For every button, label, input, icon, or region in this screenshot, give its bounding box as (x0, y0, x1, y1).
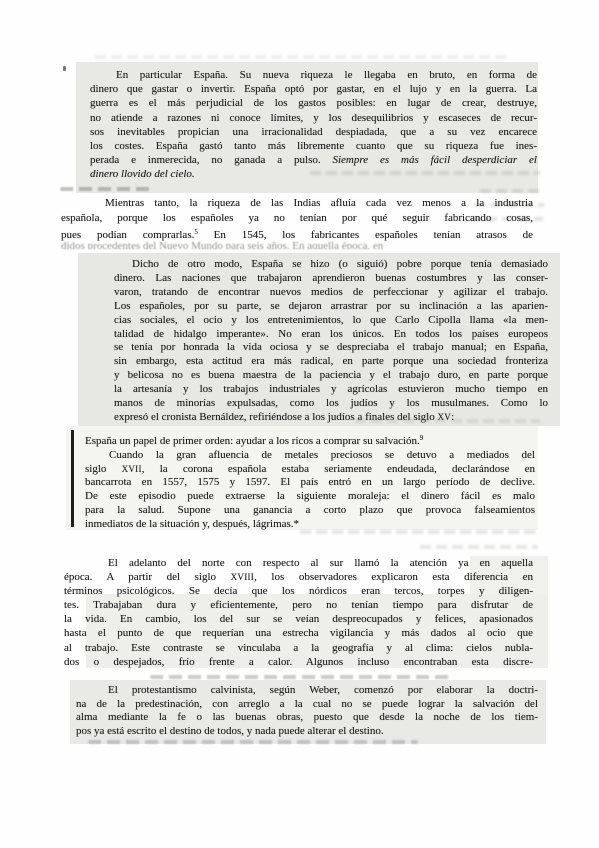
text-line: española, porque los españoles ya no ten… (61, 211, 533, 226)
text-line: época. A partir del siglo XVIII, los obs… (64, 570, 533, 584)
text-line: siglo XVII, la corona española estaba se… (85, 463, 535, 477)
text-line: y belicosa no es buena maestra de la pac… (114, 369, 548, 383)
bleed-through-smudge (300, 530, 538, 534)
text-line: alma mediante la fe o las buenas obras, … (76, 711, 538, 725)
text-line: la vida. En cambio, los del sur se veían… (64, 612, 533, 626)
text-line: dinero. Las naciones que trabajaron apre… (114, 272, 548, 286)
text-line: En particular España. Su nueva riqueza l… (90, 68, 537, 82)
clipped-print-line: didos procedentes del Nuevo Mundo para s… (61, 240, 539, 249)
text-line: no atiende a razones ni conoce límites, … (90, 111, 537, 125)
bleed-through-smudge (420, 545, 538, 549)
paragraph-spain-spending: En particular España. Su nueva riqueza l… (90, 68, 537, 182)
text-line: bancarrota en 1557, 1575 y 1597. El país… (85, 476, 535, 490)
paragraph-calvinismo-weber: El protestantismo calvinista, según Webe… (76, 684, 538, 739)
text-line: talidad de hidalgo imperante». No eran l… (114, 328, 548, 342)
text-line: perada e inmerecida, no ganada a pulso. … (90, 153, 537, 167)
text-line: dos o despejados, frío frente a calor. A… (64, 655, 533, 669)
paragraph-bancarrota-quote: España un papel de primer orden: ayudar … (85, 432, 535, 532)
clipped-print-line (60, 187, 152, 191)
text-line: sin embargo, esta actitud era más radica… (114, 355, 548, 369)
text-line: El adelanto del norte con respecto al su… (64, 556, 533, 570)
text-line: varon, tratando de encontrar nuevos medi… (114, 286, 548, 300)
text-line: na de la predestinación, con arreglo a l… (76, 698, 538, 712)
text-line: España un papel de primer orden: ayudar … (85, 432, 535, 449)
text-line: términos psicológicos. Se decía que los … (64, 584, 533, 598)
text-line: Dicho de otro modo, España se hizo (o si… (114, 258, 548, 272)
text-line: sos inevitables propician una irracional… (90, 125, 537, 139)
paragraph-riqueza-indias: Mientras tanto, la riqueza de las Indias… (61, 196, 533, 243)
clipped-print-line (150, 675, 450, 679)
ink-speck (63, 66, 66, 71)
text-line: manos de minorías expulsadas, como los j… (114, 397, 548, 411)
bleed-through-smudge (480, 189, 544, 193)
clipped-print-line (88, 740, 418, 744)
quote-margin-bar (71, 430, 74, 527)
text-line: al trabajo. Este contraste se vinculaba … (64, 641, 533, 655)
text-line: pos ya está escrito el destino de todos,… (76, 725, 538, 739)
text-line: guerra es el más perjudicial de los gast… (90, 96, 537, 110)
text-line: los costes. España gastó tanto más libre… (90, 139, 537, 153)
text-line: Cuando la gran afluencia de metales prec… (85, 449, 535, 463)
paragraph-norte-sur: El adelanto del norte con respecto al su… (64, 556, 533, 669)
text-line: para la salud. Supone una ganancia a cor… (85, 504, 535, 518)
text-line: la artesanía y los trabajos industriales… (114, 383, 548, 397)
text-line: tes. Trabajaban dura y eficientemente, p… (64, 598, 533, 612)
text-line: El protestantismo calvinista, según Webe… (76, 684, 538, 698)
text-line: Mientras tanto, la riqueza de las Indias… (61, 196, 533, 211)
text-line: cias sociales, el ocio y los entretenimi… (114, 314, 548, 328)
scanned-book-page: En particular España. Su nueva riqueza l… (0, 0, 599, 848)
bleed-through-smudge (355, 419, 540, 423)
bleed-through-smudge (310, 171, 540, 175)
paragraph-hidalgo-mentality: Dicho de otro modo, España se hizo (o si… (114, 258, 548, 425)
text-line: hasta el punto de que requerían una estr… (64, 626, 533, 640)
text-line: se tenía por honrada la vida ociosa y se… (114, 341, 548, 355)
text-line: Los españoles, por su parte, se dejaron … (114, 300, 548, 314)
text-line: dinero que gastar o invertir. España opt… (90, 82, 537, 96)
text-line: De este episodio puede extraerse la sigu… (85, 490, 535, 504)
bleed-through-smudge (95, 55, 510, 59)
